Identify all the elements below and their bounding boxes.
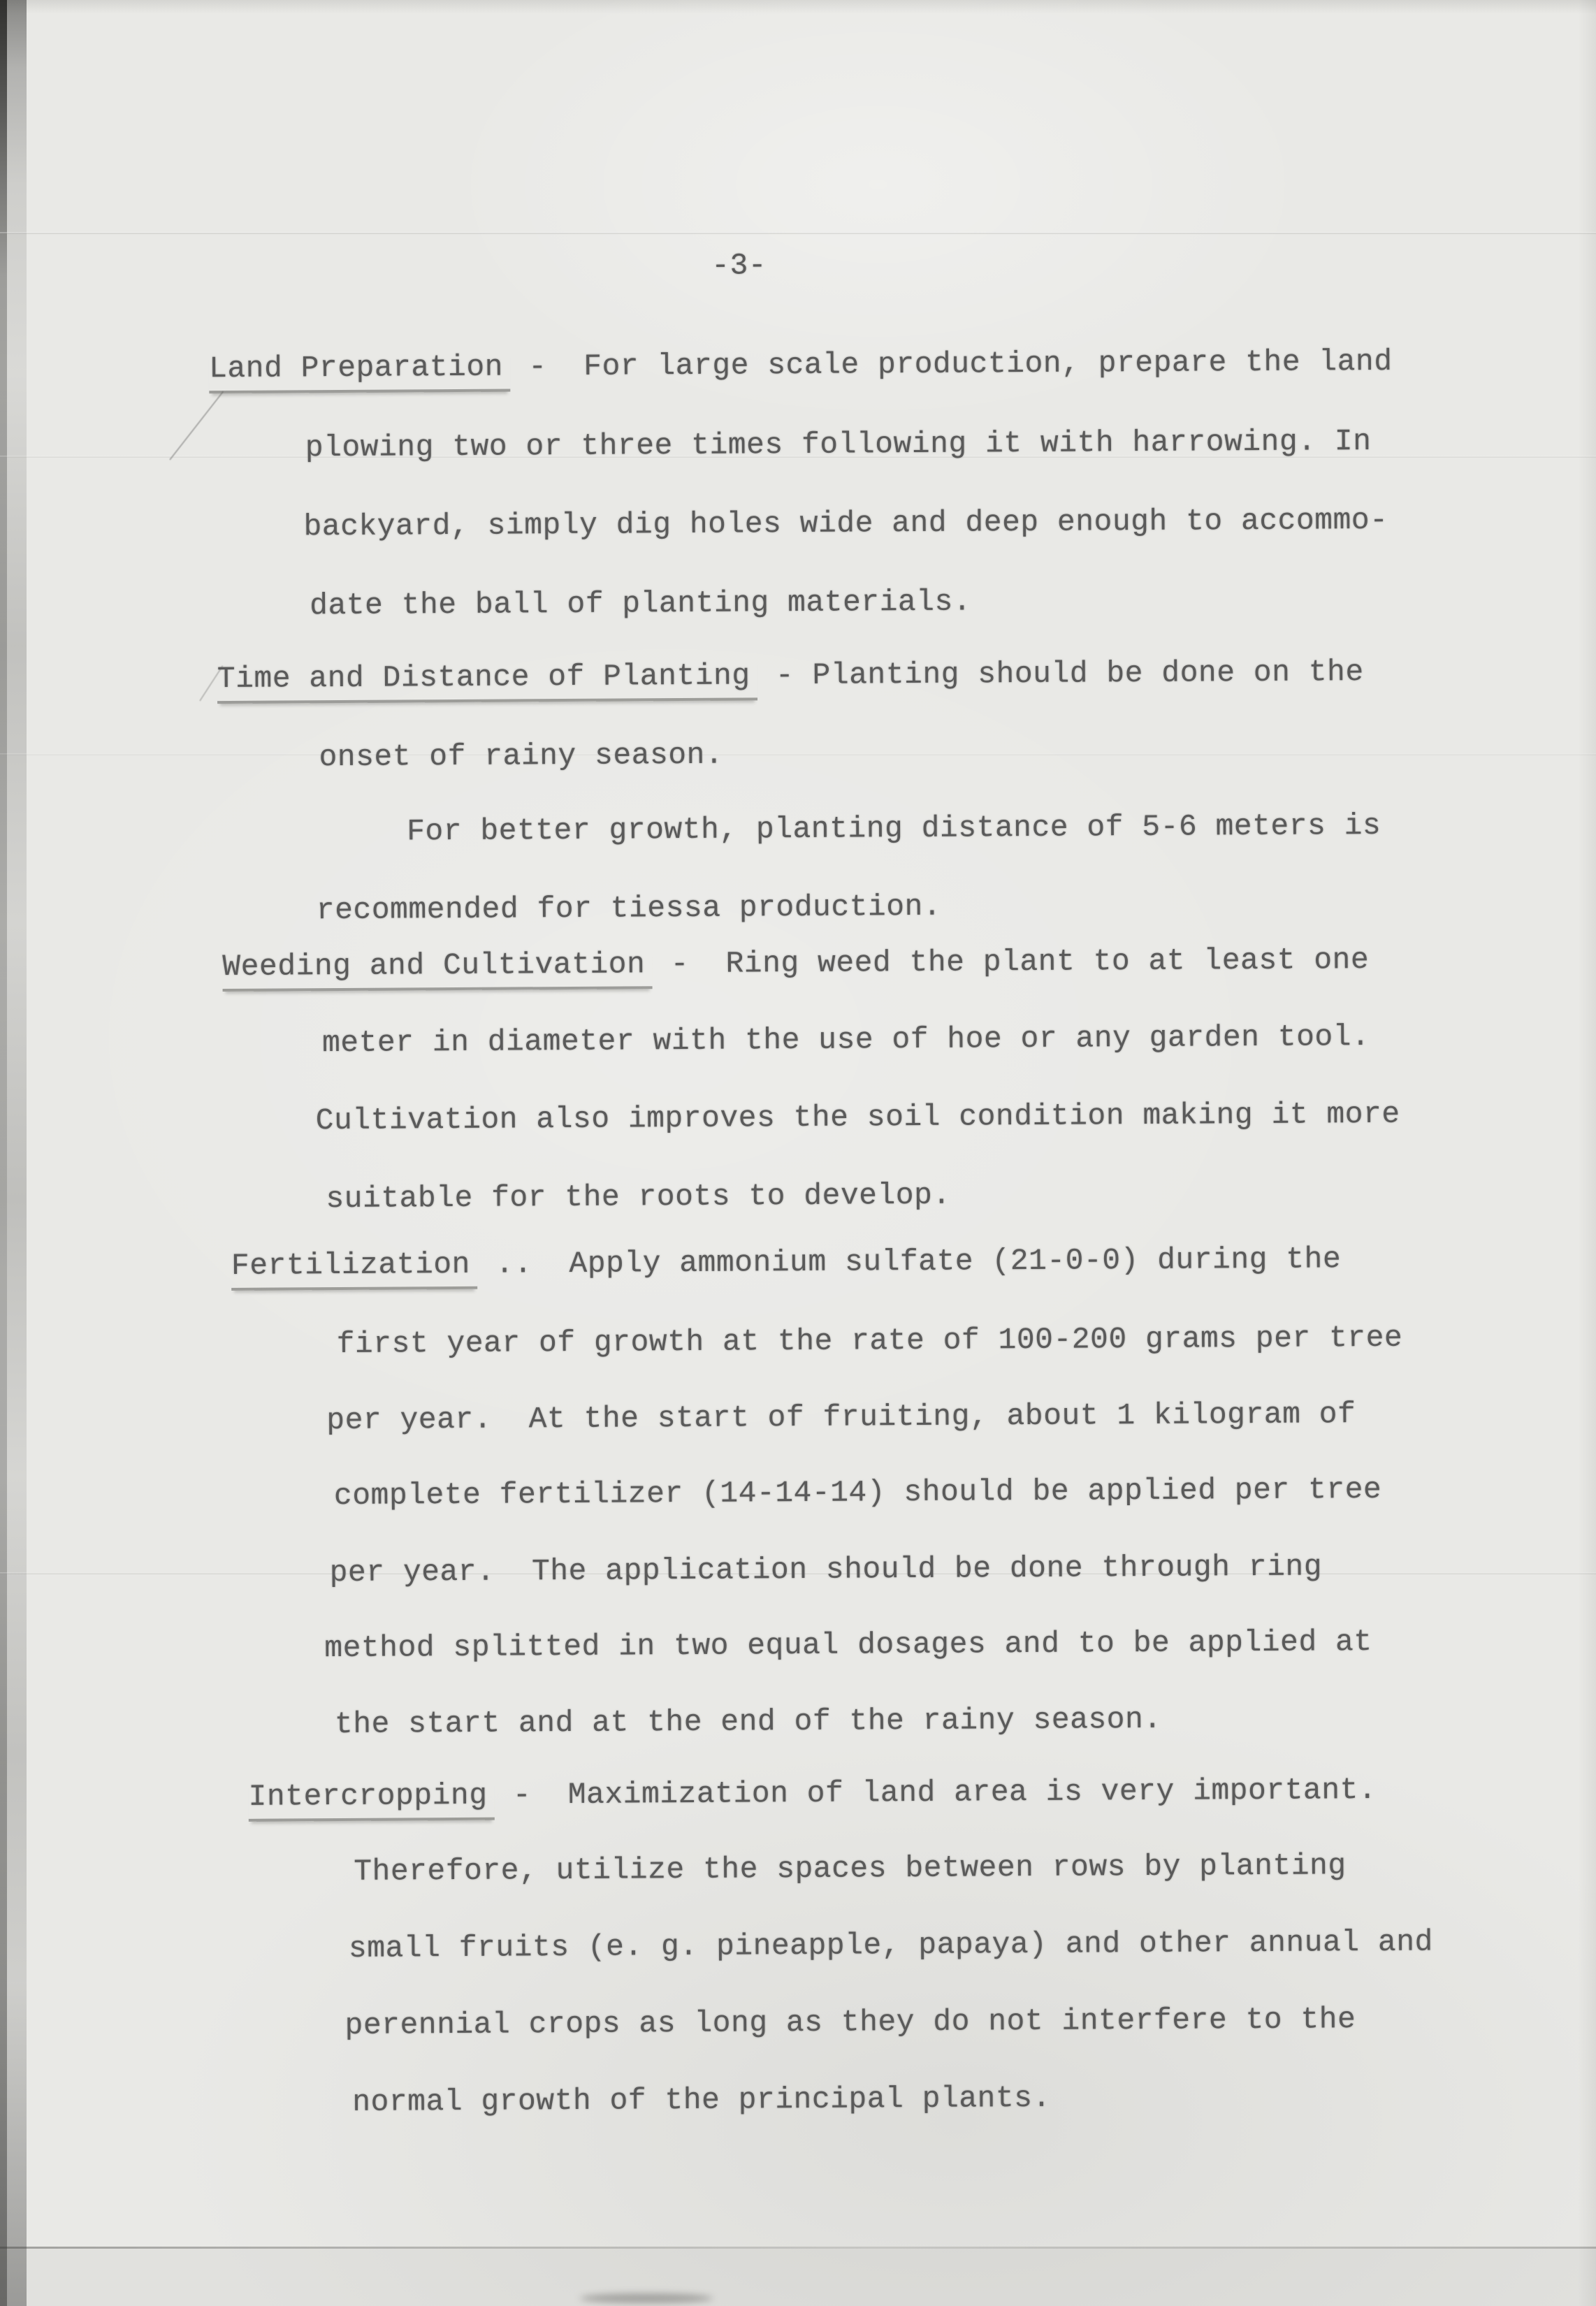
body-line: onset of rainy season. xyxy=(319,738,723,775)
body-line: date the ball of planting materials. xyxy=(310,584,971,623)
heading-separator: - xyxy=(652,947,726,982)
body-line: method splitted in two equal dosages and… xyxy=(324,1625,1372,1665)
heading-intro-text: Planting should be done on the xyxy=(812,655,1363,692)
section-heading-weeding-and-cultivation: Weeding and Cultivation xyxy=(222,947,652,992)
section-line-time-and-distance: Time and Distance of Planting - Planting… xyxy=(217,655,1364,696)
heading-intro-text: Apply ammonium sulfate (21-0-0) during t… xyxy=(569,1242,1341,1281)
body-line: plowing two or three times following it … xyxy=(305,424,1372,465)
heading-separator: - xyxy=(510,349,584,384)
body-line: suitable for the roots to develop. xyxy=(326,1178,951,1216)
body-line: per year. At the start of fruiting, abou… xyxy=(326,1397,1356,1437)
scanned-page: -3- Land Preparation - For large scale p… xyxy=(0,0,1596,2306)
heading-intro-text: Maximization of land area is very import… xyxy=(568,1773,1377,1812)
body-line: Cultivation also improves the soil condi… xyxy=(316,1097,1400,1138)
section-heading-intercropping: Intercropping xyxy=(248,1778,494,1822)
body-line: Therefore, utilize the spaces between ro… xyxy=(354,1848,1347,1889)
heading-intro-text: Ring weed the plant to at least one xyxy=(725,943,1369,981)
section-line-fertilization: Fertilization .. Apply ammonium sulfate … xyxy=(231,1242,1342,1283)
section-heading-time-and-distance-of-planting: Time and Distance of Planting xyxy=(217,658,757,704)
body-line: the start and at the end of the rainy se… xyxy=(335,1702,1162,1741)
body-line: complete fertilizer (14-14-14) should be… xyxy=(334,1472,1382,1513)
section-line-land-preparation: Land Preparation - For large scale produ… xyxy=(209,345,1393,386)
body-line: recommended for tiessa production. xyxy=(317,890,942,927)
section-heading-land-preparation: Land Preparation xyxy=(209,349,510,393)
section-heading-fertilization: Fertilization xyxy=(231,1247,477,1291)
heading-separator: - xyxy=(757,658,813,692)
heading-intro-text: For large scale production, prepare the … xyxy=(583,345,1393,384)
heading-separator: - xyxy=(494,1778,568,1813)
section-line-intercropping: Intercropping - Maximization of land are… xyxy=(248,1773,1377,1814)
body-line: For better growth, planting distance of … xyxy=(407,808,1381,849)
heading-separator: .. xyxy=(477,1247,570,1282)
body-line: backyard, simply dig holes wide and deep… xyxy=(303,503,1388,544)
body-line: small fruits (e. g. pineapple, papaya) a… xyxy=(349,1924,1433,1965)
page-number: -3- xyxy=(711,248,767,282)
body-line: first year of growth at the rate of 100-… xyxy=(337,1321,1403,1361)
section-line-weeding-and-cultivation: Weeding and Cultivation - Ring weed the … xyxy=(222,943,1369,984)
body-line: normal growth of the principal plants. xyxy=(352,2081,1051,2119)
body-line: per year. The application should be done… xyxy=(330,1549,1323,1590)
typewritten-text-layer: -3- Land Preparation - For large scale p… xyxy=(0,0,1596,2306)
body-line: meter in diameter with the use of hoe or… xyxy=(322,1020,1370,1060)
body-line: perennial crops as long as they do not i… xyxy=(344,2002,1356,2043)
